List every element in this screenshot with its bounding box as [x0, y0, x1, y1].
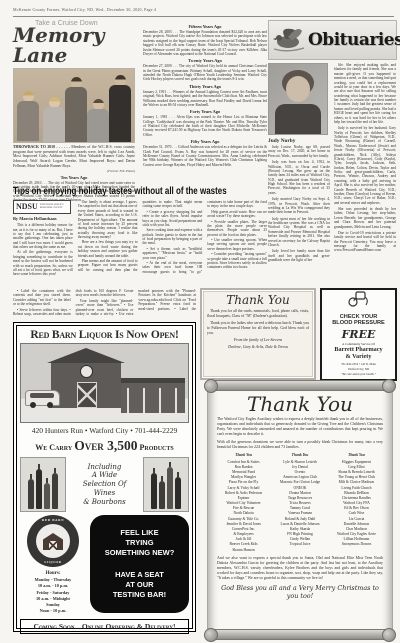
tips-paragraph: • Provide smaller plates. The larger the… — [207, 220, 267, 238]
obituary-paragraph: Judy married Gary Norby on Sept. 4, 1976… — [268, 197, 330, 215]
photo-person — [108, 75, 132, 143]
photo-person — [64, 77, 88, 143]
donor-list: Lyle & Sharon LeisethJoy DentalOcentoAme… — [273, 460, 326, 548]
wine-bottles-image — [20, 457, 66, 512]
barn-sign — [80, 365, 93, 378]
thank-you-card-title: Thank You — [207, 293, 309, 307]
suv-vehicle — [25, 390, 60, 406]
memory-section: Thirty Years Ago January 2, 1991 . . . W… — [143, 84, 267, 108]
feel-line: AT OUR — [90, 580, 189, 590]
obituary-text-col1: Judy Louise Norby, age 68, passed away o… — [268, 145, 330, 262]
thank-you-card-signers: Darlene, Gary & Arlis, Dale & Teresa — [207, 345, 309, 350]
tips-headline: Tips on enjoying holiday tastes without … — [13, 186, 216, 197]
feel-line: TRYING — [90, 538, 189, 548]
feel-line: FEEL LIKE — [90, 528, 189, 538]
thank-you-card-text: Thank you to the ladies who served a del… — [207, 321, 309, 336]
blood-pressure-ad: CHECK YOUR BLOOD PRESSURE FREE A Communi… — [320, 288, 397, 381]
memory-section-heading: Ten Years Ago — [13, 175, 135, 180]
barn-door — [77, 382, 97, 408]
obituary-column-1: Judy Norby Judy Louise Norby, age 68, pa… — [268, 63, 330, 285]
photo-person — [86, 99, 110, 143]
thank-you-card-text: Thank you for all the cards, memorials, … — [207, 309, 309, 319]
memory-section-heading: Forty Years Ago — [143, 109, 267, 114]
obituary-paragraph: Judy Louise Norby, age 68, passed away o… — [268, 145, 330, 158]
scroll-body: Thank You The Watford City Eagles Auxili… — [207, 387, 393, 633]
obituary-paragraph: Judy loved her family more than life its… — [268, 249, 330, 262]
logo-text-bottom: LIQUOR — [44, 560, 61, 564]
tips-article: Tips on enjoying holiday tastes without … — [13, 186, 267, 286]
donor-column-header: Thank You — [217, 453, 270, 458]
thank-you-card-from: From the family of Lee Stevens — [207, 338, 309, 343]
scroll-bottom-rod — [211, 629, 389, 640]
hours-line: Noon - 10 p.m. — [35, 608, 72, 614]
eagles-closing: God Bless you all and a Very Merry Chris… — [217, 584, 383, 600]
memory-section-heading: Twenty Years Ago — [143, 58, 267, 63]
memory-lane-right-column: Fifteen Years Ago December 28, 2005 . . … — [143, 22, 267, 186]
tips-paragraph: • Consider providing "tasting spoons" so… — [207, 252, 267, 270]
donor-name: Tropical Juice — [273, 542, 326, 547]
logo-text-top: RED BARN — [42, 518, 64, 522]
donor-list: Comfort Inn & SuitesRon RankinMemorial F… — [217, 460, 270, 553]
ndsu-logo-line2: MCKENZIE COUNTY — [40, 206, 63, 209]
red-barn-photo — [20, 343, 189, 423]
ndsu-logo-text: NDSU — [16, 202, 38, 212]
pharmacy-contact: 701-842-2319 • 142 N. Main — [322, 362, 395, 366]
obituaries-section: Obituaries Judy Norby Judy Louise Norby,… — [268, 20, 397, 286]
feel-lines-2: HAVE A SEATAT OURTESTING BAR! — [90, 570, 189, 600]
hours-label: Hours: — [35, 570, 72, 577]
blood-pressure-cuff-icon — [346, 296, 372, 313]
memory-lane-title: Memory Lane — [13, 25, 135, 65]
pharmacy-city: Watford City, ND — [322, 367, 395, 371]
memory-lane-left-column: Take a Cruise Down Memory Lane — [13, 20, 135, 203]
tips-continued: • Label the containers with the contents… — [13, 289, 196, 319]
coming-soon-banner: Coming Soon....Online Ordering & Deliver… — [20, 619, 189, 634]
obituary-portrait — [268, 63, 328, 135]
barn-building — [51, 362, 121, 408]
masthead-rule — [13, 16, 394, 17]
tips-paragraph: • Use smaller serving spoons. When large… — [207, 238, 267, 251]
including-line: Selection Of — [83, 480, 127, 489]
including-line: Wines — [83, 489, 127, 498]
memory-section: Fifty Years Ago December 31, 1970 . . . … — [143, 139, 267, 167]
obituary-paragraph: Due to Covid-19 restrictions a private f… — [334, 231, 396, 253]
red-barn-logo: RED BARN LIQUOR — [27, 515, 79, 567]
tips-paragraph: • Label the containers with the contents… — [13, 289, 71, 307]
photo-credit: (Farmer File Photo) — [13, 169, 135, 173]
memory-section: Fifteen Years Ago December 28, 2005 . . … — [143, 24, 267, 56]
tips-paragraph: Our family is about average, I guess. I'… — [78, 200, 138, 239]
including-line: Including — [83, 463, 127, 472]
donor-list: Higgins EquipmentGreg ElliotShana & Bren… — [330, 460, 383, 548]
obituaries-title: Obituaries — [308, 30, 400, 50]
memory-section-heading: Fifteen Years Ago — [143, 24, 267, 29]
donor-column-3: Thank You Higgins EquipmentGreg ElliotSh… — [330, 453, 383, 552]
hours-lines: Monday - Thursday10 a.m. - 10 p.m.Friday… — [35, 577, 72, 614]
memory-section: Forty Years Ago January 1, 1981 . . . Al… — [143, 109, 267, 137]
bp-free-text: FREE — [322, 328, 395, 341]
obituary-paragraph: Judy was born on Jan. 4, 1952, in Willis… — [268, 160, 330, 195]
obituaries-banner: Obituaries — [268, 20, 397, 60]
logo-barn-glyph — [36, 524, 70, 558]
including-line: & Bourbons — [83, 498, 127, 507]
memory-section-text: January 1, 1981 . . . Alvin Iljas was na… — [143, 115, 267, 137]
feel-lines-1: FEEL LIKETRYINGSOMETHING NEW? — [90, 528, 189, 558]
eagles-paragraph: The Watford City Eagles Auxiliary wishes… — [217, 417, 383, 437]
feel-line: SOMETHING NEW? — [90, 548, 189, 558]
memory-section-text: December 31, 1970 . . . Gifford Anderson… — [143, 145, 267, 167]
tips-paragraph: • Create a grocery shopping list and ref… — [143, 210, 203, 228]
tips-paragraph: At all the gatherings, everyone is bring… — [13, 250, 73, 276]
tips-paragraph: Here are a few things you may try to cut… — [78, 240, 138, 258]
feel-line: HAVE A SEAT — [90, 570, 189, 580]
photo-person — [16, 91, 40, 141]
donor-column-header: Thank You — [330, 453, 383, 458]
obituary-name: Judy Norby — [268, 138, 330, 144]
tips-body: NDSU EXTENSION SERVICE MCKENZIE COUNTY B… — [13, 200, 267, 286]
memory-section-heading: Fifty Years Ago — [143, 139, 267, 144]
donor-column-header: Thank You — [273, 453, 326, 458]
tips-paragraph: Save cooking time and expense with a pot… — [143, 228, 203, 246]
including-line: A Wide — [83, 471, 127, 480]
carry-post: Products — [137, 443, 173, 452]
eagles-title: Thank You — [217, 394, 383, 414]
scroll-top-rod — [211, 380, 389, 391]
donor-column-2: Thank You Lyle & Sharon LeisethJoy Denta… — [273, 453, 326, 552]
memory-section: Twenty Years Ago December 27, 2000 . . .… — [143, 58, 267, 82]
tips-byline: By Marcia Hellandsaas — [13, 216, 73, 221]
store-hours: Hours: Monday - Thursday10 a.m. - 10 p.m… — [35, 570, 72, 615]
tips-paragraph: Help guests avoid waste. How can we avoi… — [207, 210, 267, 219]
including-text: IncludingA WideSelection OfWines& Bourbo… — [83, 463, 127, 507]
memory-section-text: January 2, 1991 . . . Winners of the Ann… — [143, 90, 267, 108]
memory-section-heading: Thirty Years Ago — [143, 84, 267, 89]
carry-big: Over 3,500 — [74, 438, 137, 453]
memory-section-text: December 28, 2005 . . . The Standpipe Fo… — [143, 30, 267, 56]
eagles-thank-you-scroll: Thank You The Watford City Eagles Auxili… — [202, 380, 398, 640]
bp-headline-2: BLOOD PRESSURE — [322, 320, 395, 326]
masthead: McKenzie County Farmer, Watford City, ND… — [13, 7, 156, 12]
red-barn-headline: Red Barn Liquor Is Now Open! — [20, 329, 189, 341]
donor-name: Sharna Hanson — [217, 548, 270, 553]
obituary-paragraph: life. She enjoyed making quilts and blan… — [334, 63, 396, 124]
pharmacy-name-2: & Variety — [322, 354, 395, 361]
obituary-paragraph: Judy spent most of her life working in t… — [268, 217, 330, 248]
obituary-paragraph: She was preceded in death by her father,… — [334, 207, 396, 229]
testing-bar-box: FEEL LIKETRYINGSOMETHING NEW? HAVE A SEA… — [90, 515, 189, 613]
donor-column-1: Thank You Comfort Inn & SuitesRon Rankin… — [217, 453, 270, 552]
red-barn-carry-line: We Carry Over 3,500 Products — [20, 437, 189, 455]
obituary-body: Judy Norby Judy Louise Norby, age 68, pa… — [268, 63, 397, 285]
eagles-donor-columns: Thank You Comfort Inn & SuitesRon Rankin… — [217, 453, 383, 552]
hours-line: 10 a.m. - 10 p.m. — [35, 583, 72, 589]
newspaper-page: McKenzie County Farmer, Watford City, ND… — [0, 0, 400, 643]
memory-lane-section: Take a Cruise Down Memory Lane — [13, 20, 267, 186]
ndsu-logo-subtext: EXTENSION SERVICE MCKENZIE COUNTY — [40, 204, 64, 210]
thank-you-card: Thank You Thank you for all the cards, m… — [200, 288, 316, 380]
red-barn-address: 420 Hunters Run • Watford City • 701-444… — [20, 426, 189, 435]
donor-name: Masonic Fort Union Lodge — [273, 480, 326, 485]
carry-pre: We Carry — [35, 443, 74, 452]
obituary-paragraph: Judy is survived by her husband, Gary No… — [334, 126, 396, 205]
eagles-paragraph: And we also want to express a special th… — [217, 556, 383, 581]
tips-paragraph: This is a different holiday season for m… — [13, 223, 73, 249]
ndsu-extension-logo: NDSU EXTENSION SERVICE MCKENZIE COUNTY — [13, 200, 71, 214]
dove-icon — [272, 23, 306, 58]
pharmacy-slogan: "We care about your health." — [322, 372, 395, 376]
donor-name: Anonymous Donors — [330, 542, 383, 547]
eagles-paragraph: With all the generous donations we were … — [217, 440, 383, 450]
feel-line: TESTING BAR! — [90, 590, 189, 600]
bourbon-bottles-image — [143, 457, 189, 512]
photo-caption-lead: THROWBACK TO 2010 . . . . . . — [13, 145, 71, 149]
photo-caption: THROWBACK TO 2010 . . . . . . Members of… — [13, 145, 135, 169]
memory-section-text: December 27, 2000 . . . The city of Watf… — [143, 64, 267, 82]
photo-person — [42, 97, 66, 143]
barn-wing — [121, 378, 185, 413]
obituary-column-2: life. She enjoyed making quilts and blan… — [334, 63, 396, 285]
red-barn-liquor-ad: Red Barn Liquor Is Now Open! 420 Hunters… — [13, 322, 196, 632]
tips-paragraph: • Set a theme, such as "healthful appeti… — [143, 247, 203, 260]
throwback-photo — [13, 68, 135, 143]
hours-line: Friday - Saturday — [35, 590, 72, 596]
